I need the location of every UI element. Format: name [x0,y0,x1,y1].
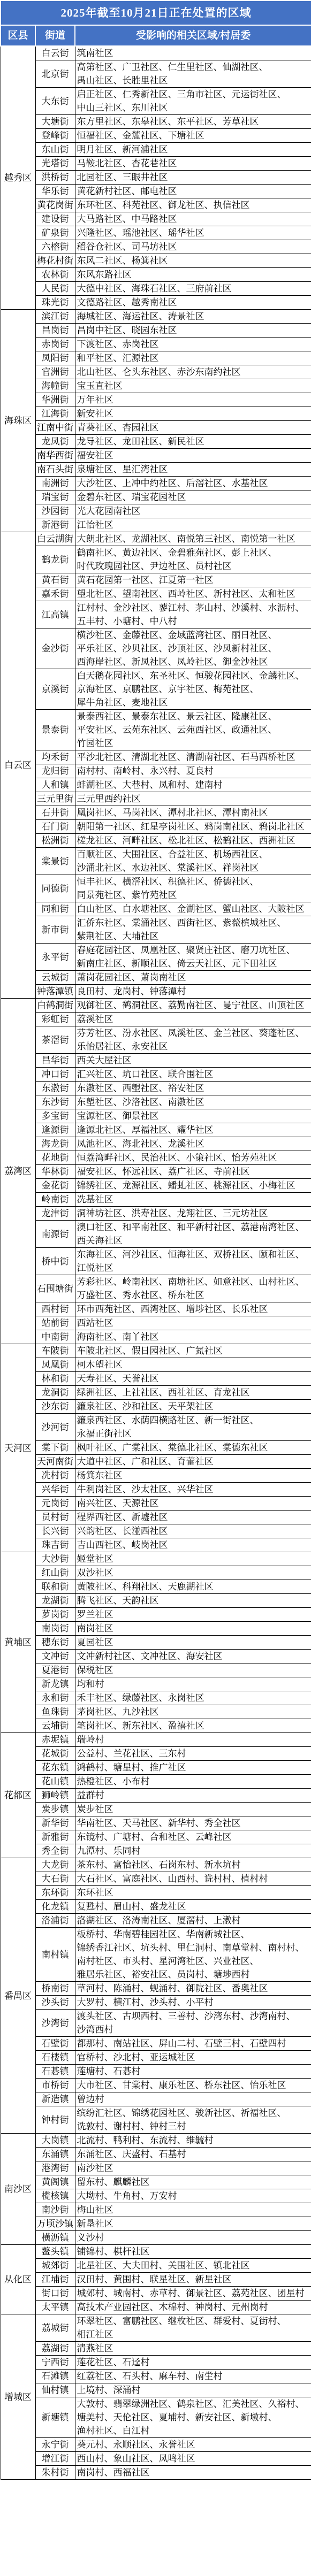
area-item: 司马坊社区 [132,242,177,252]
street-cell: 大沙街 [35,1552,75,1566]
areas-cell: 莲花社区石迳村 [75,2356,311,2370]
street-cell: 萝岗街 [35,1608,75,1622]
area-item: 萧岗花园社区 [77,972,141,983]
area-item: 柯木塱社区 [77,1360,123,1370]
area-item: 高第社区 [77,62,123,72]
street-cell: 石滩镇 [35,2370,75,2383]
area-item: 清湖南社区 [186,752,241,762]
area-item: 大夫田村 [123,2260,168,2271]
area-item: 清燕社区 [77,2343,113,2353]
area-item: 南沙社区 [77,2163,113,2173]
area-item: 怡芳苑社区 [232,1153,277,1163]
street-cell: 长兴街 [35,1524,75,1538]
area-item: 恒海社区 [168,1249,214,1260]
areas-cell: 笔岗社区新东社区盈禧社区 [75,1719,311,1733]
areas-cell: 马鞍北社区杏花巷社区 [75,157,311,171]
area-item: 双桥社区 [214,1249,259,1260]
area-item: 杏花巷社区 [132,158,177,168]
area-item: 联星社区 [150,2274,195,2284]
area-item: 东皋社区 [132,117,177,127]
area-item: 屏山二村 [159,2038,204,2049]
area-item: 裕安社区 [132,1969,177,1980]
table-row: 珠吉街吉山西社区岐岗社区 [1,1538,311,1552]
area-item: 乐怡居社区 [77,1041,132,1052]
street-cell: 石门街 [35,820,75,834]
area-item: 广塘村 [113,1832,150,1842]
area-item: 枫叶社区 [77,1443,123,1453]
street-cell: 云城街 [35,971,75,985]
street-cell: 白云湖街 [35,532,75,546]
area-item: 康乐社区 [159,2080,204,2090]
table-row: 白云区白云湖街大朗北社区龙湖社区南悦第三社区南悦第一社区 [1,532,311,546]
table-row: 南洲街大沙社区上冲中约社区后滘社区水基社区 [1,477,311,490]
area-item: 夏良村 [186,766,214,776]
table-row: 龙归街南村村南岭村永兴村夏良村 [1,764,311,778]
area-item: 茅岗社区 [77,1707,123,1717]
area-item: 新华村 [168,1818,204,1828]
area-item: 海北社区 [123,1139,168,1149]
area-item: 万安村 [150,2191,177,2201]
street-cell: 狮岭镇 [35,1789,75,1803]
table-row: 林和街天寿社区天誉社区 [1,1372,311,1386]
area-item: 赤草村 [150,2288,186,2298]
area-item: 新村社区 [214,589,259,599]
area-item: 天誉社区 [123,1374,159,1384]
areas-cell: 保税社区 [75,1663,311,1677]
area-item: 华南社区 [77,1818,123,1828]
areas-cell: 和平社区汇源社区 [75,351,311,365]
street-cell: 南洲街 [35,477,75,490]
street-cell: 新造镇 [35,2092,75,2106]
area-item: 翡翠绿洲社区 [113,2399,177,2409]
areas-cell: 平沙北社区清湖北社区清湖南社区石马西桥社区 [75,750,311,764]
area-item: 仑头东社区 [123,367,177,377]
area-item: 沙涌北社区 [77,863,132,873]
areas-cell: 锦绣社区龙源社区蟠虬社区桃源社区小梅社区 [75,1179,311,1193]
table-row: 天河区车陂街车陂北社区假日园社区广氮社区 [1,1344,311,1358]
area-item: 横滘社区 [123,877,168,887]
area-item: 仙湖社区 [223,62,268,72]
table-row: 东漖街东漖社区西塱社区裕安社区 [1,1082,311,1095]
area-item: 石头村 [123,2371,159,2381]
area-item: 下渡社区 [77,339,123,349]
area-item: 芳草社区 [223,117,259,127]
street-cell: 江高镇 [35,601,75,628]
area-item: 大埔社区 [123,931,159,941]
area-item: 寺前社区 [214,1167,250,1177]
areas-cell: 牛利岗社区沙太社区兴华社区 [75,1483,311,1497]
street-cell: 新塘镇 [35,2397,75,2438]
street-cell: 红山街 [35,1566,75,1580]
table-row: 岭南街冼基社区 [1,1193,311,1207]
area-item: 倚云天社区 [177,959,232,969]
area-item: 晓园东社区 [132,325,177,335]
areas-cell: 东海社区河沙社区恒海社区双桥社区颐和社区江悦社区 [75,1248,311,1275]
street-cell: 京溪街 [35,669,75,710]
areas-cell: 大罗村横江村沙头村小平村 [75,1996,311,2010]
col-header-street: 街道 [35,25,75,46]
areas-cell: 澳口社区和平南社区和平新村社区荔港南湾社区西关海社区 [75,1221,311,1248]
area-item: 新安社区 [77,409,113,419]
area-item: 怡乐社区 [250,2080,286,2090]
table-row: 番禺区大龙街茶东村富怡社区石岗东村新水坑村 [1,1858,311,1872]
areas-cell: 南岗村西福社区 [75,2466,311,2480]
table-row: 茶滘街芬芳社区汾水社区凤溪社区金兰社区葵蓬社区乐怡居社区永安社区 [1,1026,311,1054]
table-row: 冲口街汇兴社区坑口社区联合围社区 [1,1068,311,1082]
area-item: 新安社区 [195,2412,241,2422]
table-row: 新造镇曾边村 [1,2092,311,2106]
areas-cell: 濂泉西社区水荫四横路社区新一街社区永福正街社区 [75,1414,311,1441]
table-row: 华林街福安社区怀远社区荔广社区寺前社区 [1,1165,311,1179]
street-cell: 石楼镇 [35,2051,75,2065]
area-item: 小平村 [186,1997,214,2007]
table-row: 增江街西山村象山社区凤鸣社区 [1,2452,311,2466]
street-cell: 新华街 [35,1816,75,1830]
area-item: 泉塘社区 [77,464,123,474]
areas-cell: 百顺社区大围社区合益社区机场西社区沙涌北社区水边社区棠溪社区祥岗社区 [75,848,311,875]
street-cell: 云埔街 [35,1719,75,1733]
areas-cell: 昌岗中社区晓园东社区 [75,324,311,338]
areas-cell: 腾飞社区天韵社区 [75,1594,311,1608]
street-cell: 夏港街 [35,1663,75,1677]
area-item: 北山社区 [77,367,123,377]
table-row: 花都区赤坭镇瑞岭村 [1,1733,311,1747]
street-cell: 城郊街 [35,2259,75,2273]
table-row: 赤岗街下渡社区赤岗社区 [1,338,311,351]
area-item: 大坳村 [77,2191,113,2201]
areas-cell: 良田村龙岗村钟落潭村 [75,985,311,999]
table-row: 万顷沙镇新垦社区 [1,2217,311,2231]
area-item: 南岗村 [77,2467,113,2478]
area-item: 富庭社区 [123,1874,168,1884]
area-item: 新民社区 [168,436,204,447]
area-item: 塘美村 [77,2412,113,2422]
area-item: 曼宁社区 [223,1000,268,1010]
area-item: 宝源社区 [77,1111,123,1121]
areas-cell: 横沙社区金藤社区金域蓝湾社区丽日社区平乐社区沙贝社区沙顶社区沙凤新村社区西海岸社… [75,628,311,669]
area-item: 石碁村 [113,2066,141,2076]
table-row: 市桥街大市社区甘棠村康乐社区桥东社区怡乐社区 [1,2079,311,2092]
table-row: 金花街锦绣社区龙源社区蟠虬社区桃源社区小梅社区 [1,1179,311,1193]
area-item: 塘星村 [113,1762,150,1773]
areas-cell: 义沙村 [75,2231,311,2245]
area-item: 大朗北社区 [77,534,132,544]
street-cell: 南沙街 [35,2203,75,2217]
areas-cell: 泉塘社区星汇湾社区 [75,463,311,477]
area-item: 广棠社区 [123,1443,168,1453]
street-cell: 宁西街 [35,2356,75,2370]
area-item: 杨箕东社区 [77,1470,123,1481]
area-item: 新顺社区 [132,959,177,969]
area-item: 关围社区 [168,2260,214,2271]
area-item: 南悦第一社区 [241,534,295,544]
street-cell: 石壁街 [35,2037,75,2051]
area-item: 文冲新村社区 [77,1651,141,1661]
table-row: 石门街朝阳第一社区红星亭岗社区鸦岗南社区鸦岗北社区 [1,820,311,834]
area-item: 里仁洞村 [177,1943,223,1953]
street-cell: 三元里街 [35,792,75,806]
area-item: 笔岗社区 [77,1721,123,1731]
street-cell: 白鹤洞街 [35,999,75,1013]
area-item: 瑶华社区 [168,228,204,238]
table-row: 棠景街百顺社区大围社区合益社区机场西社区沙涌北社区水边社区棠溪社区祥岗社区 [1,848,311,875]
area-item: 植村村 [241,1874,268,1884]
area-item: 沙洛社区 [123,1097,168,1107]
area-item: 金域蓝湾社区 [168,630,232,640]
area-item: 万年社区 [77,395,113,405]
table-row: 狮岭镇益群村 [1,1789,311,1803]
area-item: 大石社区 [77,1874,123,1884]
table-row: 街口街城郊村城南村赤草村御景社区荔苑社区团星村 [1,2287,311,2301]
street-cell: 秀全街 [35,1844,75,1858]
area-item: 大围社区 [123,849,168,860]
areas-cell: 北流村鸭利村东流村维毓村 [75,2134,311,2148]
areas-cell: 东方里社区东皋社区东平社区芳草社区 [75,115,311,129]
areas-cell: 均和村 [75,1677,311,1691]
area-item: 双沙社区 [77,1568,113,1578]
areas-cell: 兴隆社区瑶池社区瑶华社区 [75,226,311,240]
street-cell: 多宝街 [35,1109,75,1123]
area-item: 城南村 [113,2288,150,2298]
area-item: 鹤南社区 [77,548,123,558]
area-item: 江怡社区 [77,520,113,530]
table-row: 梅花村街东风二社区杨箕社区 [1,254,311,268]
area-item: 逢源北社区 [77,1125,132,1135]
areas-cell: 东漖社区西塱社区裕安社区 [75,1082,311,1095]
area-item: 高技术产业园社区 [77,2302,159,2312]
area-item: 马岗社区 [123,808,168,818]
area-item: 景云社区 [186,711,232,722]
area-item: 新墩村 [241,2412,277,2422]
area-item: 姬堂社区 [77,1554,113,1564]
area-item: 龙岗村 [113,986,150,996]
area-item: 濂泉西社区 [77,1415,132,1425]
area-item: 红荔社区 [77,2371,123,2381]
table-row: 云城街萧岗花园社区萧岗南社区 [1,971,311,985]
area-item: 汇源社区 [123,353,159,363]
area-item: 鸦岗北社区 [259,822,305,832]
area-item: 磨刀坑社区 [241,945,295,955]
area-item: 民治社区 [141,1153,186,1163]
area-item: 新水坑村 [204,1860,241,1870]
area-item: 西塱社区 [123,1083,168,1093]
area-item: 星汇湾社区 [123,464,168,474]
areas-cell: 文德路社区越秀南社区 [75,296,311,310]
area-item: 海运社区 [123,311,168,321]
area-item: 清湖北社区 [132,752,186,762]
area-item: 南村村 [268,1943,305,1953]
areas-cell: 东涌社区庆盛村石基村 [75,2148,311,2161]
areas-cell: 复甦村眉山村盛龙社区 [75,1900,311,1914]
area-item: 葵蓬社区 [259,1028,305,1038]
street-cell: 棠下街 [35,1441,75,1455]
area-item: 蟹山社区 [223,904,268,914]
street-cell: 西村街 [35,1302,75,1316]
table-row: 从化区鳌头镇铺锦村棋杆社区 [1,2245,311,2259]
area-item: 凤溪社区 [168,1028,214,1038]
street-cell: 花山镇 [35,1775,75,1789]
street-cell: 联和街 [35,1580,75,1594]
street-cell: 穗东街 [35,1636,75,1650]
area-item: 东风二社区 [77,256,132,266]
area-item: 东漖社区 [77,1083,123,1093]
areas-cell: 双沙社区 [75,1566,311,1580]
area-item: 云苑西社区 [177,725,232,735]
area-item: 大巷村 [123,780,159,790]
areas-cell: 大市社区甘棠村康乐社区桥东社区怡乐社区 [75,2079,311,2092]
table-row: 文冲街文冲新村社区文冲社区海安社区 [1,1650,311,1663]
areas-cell: 洞神坊社区洪寿社区龙翔社区三元坊社区 [75,1207,311,1221]
area-item: 新星社区 [195,2274,232,2284]
street-cell: 大龙街 [35,1858,75,1872]
area-item: 马鞍北社区 [77,158,132,168]
district-cell: 增城区 [1,2314,35,2480]
area-item: 复甦村 [77,1902,113,1912]
area-item: 石壁四村 [250,2038,286,2049]
area-item: 眉山村 [113,1902,150,1912]
areas-cell: 大德中社区海珠石社区三府前社区 [75,282,311,296]
area-item: 天鹿湖社区 [168,1582,214,1592]
area-item: 麻车村 [159,2371,195,2381]
area-item: 三善村 [168,2011,204,2021]
area-item: 御龙社区 [168,200,214,210]
areas-cell: 冼基社区 [75,1193,311,1207]
street-cell: 金花街 [35,1179,75,1193]
areas-cell: 官桥村沙北村亚运城社区 [75,2051,311,2065]
area-item: 南草堂村 [223,1943,268,1953]
area-item: 盛龙社区 [150,1902,186,1912]
area-item: 西站社区 [77,1318,113,1328]
area-item: 彭上社区 [232,548,277,558]
area-item: 荔勤南社区 [168,1000,223,1010]
street-cell: 光塔街 [35,157,75,171]
area-item: 茅山村 [195,603,232,613]
street-cell: 龙凤街 [35,435,75,449]
areas-cell: 姬堂社区 [75,1552,311,1566]
area-item: 长胜里社区 [123,75,168,86]
area-item: 秀水社区 [123,1290,168,1300]
area-item: 天韵社区 [123,1596,159,1606]
street-cell: 白云街 [35,46,75,60]
areas-cell: 红荔社区石头村麻车村南坣村 [75,2370,311,2383]
table-row: 桥中街东海社区河沙社区恒海社区双桥社区颐和社区江悦社区 [1,1248,311,1275]
area-item: 东圣社区 [150,671,195,681]
area-item: 西湾社区 [141,1304,186,1314]
areas-cell: 鸿鹤村塘星村推广社区 [75,1761,311,1775]
street-cell: 滨江街 [35,310,75,324]
area-item: 金碧雅苑社区 [168,548,232,558]
area-item: 福安社区 [77,450,113,461]
table-row: 南村镇板桥村华南碧桂园社区华南新城社区锦绣香江社区坑头村里仁洞村南草堂村南村村南… [1,1928,311,1982]
area-item: 仁秀新社区 [123,89,177,99]
table-row: 黄花岗街东环社区科苑社区御龙社区执信社区 [1,198,311,212]
area-item: 鹤洞社区 [123,1000,168,1010]
area-item: 龙湖社区 [132,534,177,544]
area-item: 钟落潭村 [150,986,186,996]
area-item: 锦绣社区 [77,1180,123,1191]
street-cell: 华乐街 [35,185,75,198]
area-item: 中山三社区 [77,103,132,113]
area-item: 沙头村 [150,1997,186,2007]
area-item: 南漖社区 [168,1097,204,1107]
area-item: 天寿社区 [77,1374,123,1384]
areas-cell: 大敦村翡翠绿洲社区鹤泉社区汇美社区久裕村塘美村天伦社区夏埔村新安社区新墩村渔村社… [75,2397,311,2438]
area-item: 夏园社区 [77,1637,113,1647]
table-row: 海幢街宝玉直社区 [1,379,311,393]
street-cell: 沙头街 [35,1996,75,2010]
table-row: 中南街海南社区南丫社区 [1,1330,311,1344]
area-item: 金湖社区 [177,904,223,914]
area-item: 新河浦社区 [123,144,168,155]
area-item: 禺山社区 [77,75,123,86]
area-item: 长湴西社区 [123,1526,168,1536]
table-row: 凤凰街柯木塱社区 [1,1358,311,1372]
street-cell: 大东街 [35,88,75,115]
area-item: 益群村 [77,1790,104,1800]
table-row: 人和镇蚌湖社区大巷村凤和村建南村 [1,778,311,792]
area-item: 江悦社区 [77,1263,113,1273]
table-row: 昌岗街昌岗中社区晓园东社区 [1,324,311,338]
area-item: 宝玉直社区 [77,381,123,391]
table-row: 南沙区大岗镇北流村鸭利村东流村维毓村 [1,2134,311,2148]
street-cell: 江埔街 [35,2273,75,2287]
area-item: 云峰社区 [195,1832,232,1842]
area-item: 冼基社区 [77,1194,113,1205]
table-row: 景泰街景泰西社区景泰东社区景云社区隆康社区平安社区云苑东社区云苑西社区政通社区竹… [1,710,311,750]
areas-cell: 汉田村黄围村联星社区新星社区 [75,2273,311,2287]
area-item: 海安社区 [186,1651,223,1661]
area-item: 鹤泉社区 [177,2399,223,2409]
area-item: 假日园社区 [132,1346,186,1356]
table-row: 沙东街濂泉社区沙和社区天平架社区 [1,1400,311,1414]
area-item: 水荫四横路社区 [132,1415,204,1425]
area-item: 大敦村 [77,2399,113,2409]
street-cell: 沙河街 [35,1414,75,1441]
area-item: 新垦社区 [77,2219,113,2229]
table-row: 石碁镇莲塘村石碁村 [1,2065,311,2079]
area-item: 庆盛村 [123,2149,159,2159]
area-item: 新墟社区 [132,1512,168,1522]
area-item: 团星村 [277,2288,305,2298]
area-item: 河畔社区 [123,835,168,846]
areas-cell: 西山村象山社区凤鸣社区 [75,2452,311,2466]
area-item: 沙太社区 [132,1484,177,1494]
areas-cell: 北园社区三眼井社区 [75,171,311,185]
area-item: 诜敦村 [77,2121,113,2132]
area-item: 市头村 [123,1956,159,1966]
area-item: 永岗社区 [168,1693,204,1703]
table-row: 永宁街葵元村永顺社区永誉社区 [1,2438,311,2452]
areas-cell: 禾丰社区绿藤社区永岗社区 [75,1691,311,1705]
areas-cell: 曾边村 [75,2092,311,2106]
table-row: 新塘镇大敦村翡翠绿洲社区鹤泉社区汇美社区久裕村塘美村天伦社区夏埔村新安社区新墩村… [1,2397,311,2438]
street-cell: 凤凰街 [35,1358,75,1372]
area-item: 隆康社区 [232,711,277,722]
areas-cell: 洛湖社区洛涛南社区厦滘村上漖村 [75,1914,311,1928]
table-row: 城郊街北星社区大夫田村关围社区镇北社区 [1,2259,311,2273]
area-item: 百顺社区 [77,849,123,860]
table-row: 冼村街杨箕东社区 [1,1469,311,1483]
street-cell: 大塘街 [35,115,75,129]
table-row: 黄阁镇留东村麒麟社区 [1,2175,311,2189]
areas-cell: 北星社区大夫田村关围社区镇北社区 [75,2259,311,2273]
area-item: 岐岗社区 [132,1540,168,1550]
area-item: 吉山西社区 [77,1540,132,1550]
area-item: 建南村 [195,780,223,790]
table-row: 仙村镇上境村深涌村 [1,2383,311,2397]
areas-cell: 华南社区天马社区新华村秀全社区 [75,1816,311,1830]
area-item: 禾丰社区 [77,1693,123,1703]
